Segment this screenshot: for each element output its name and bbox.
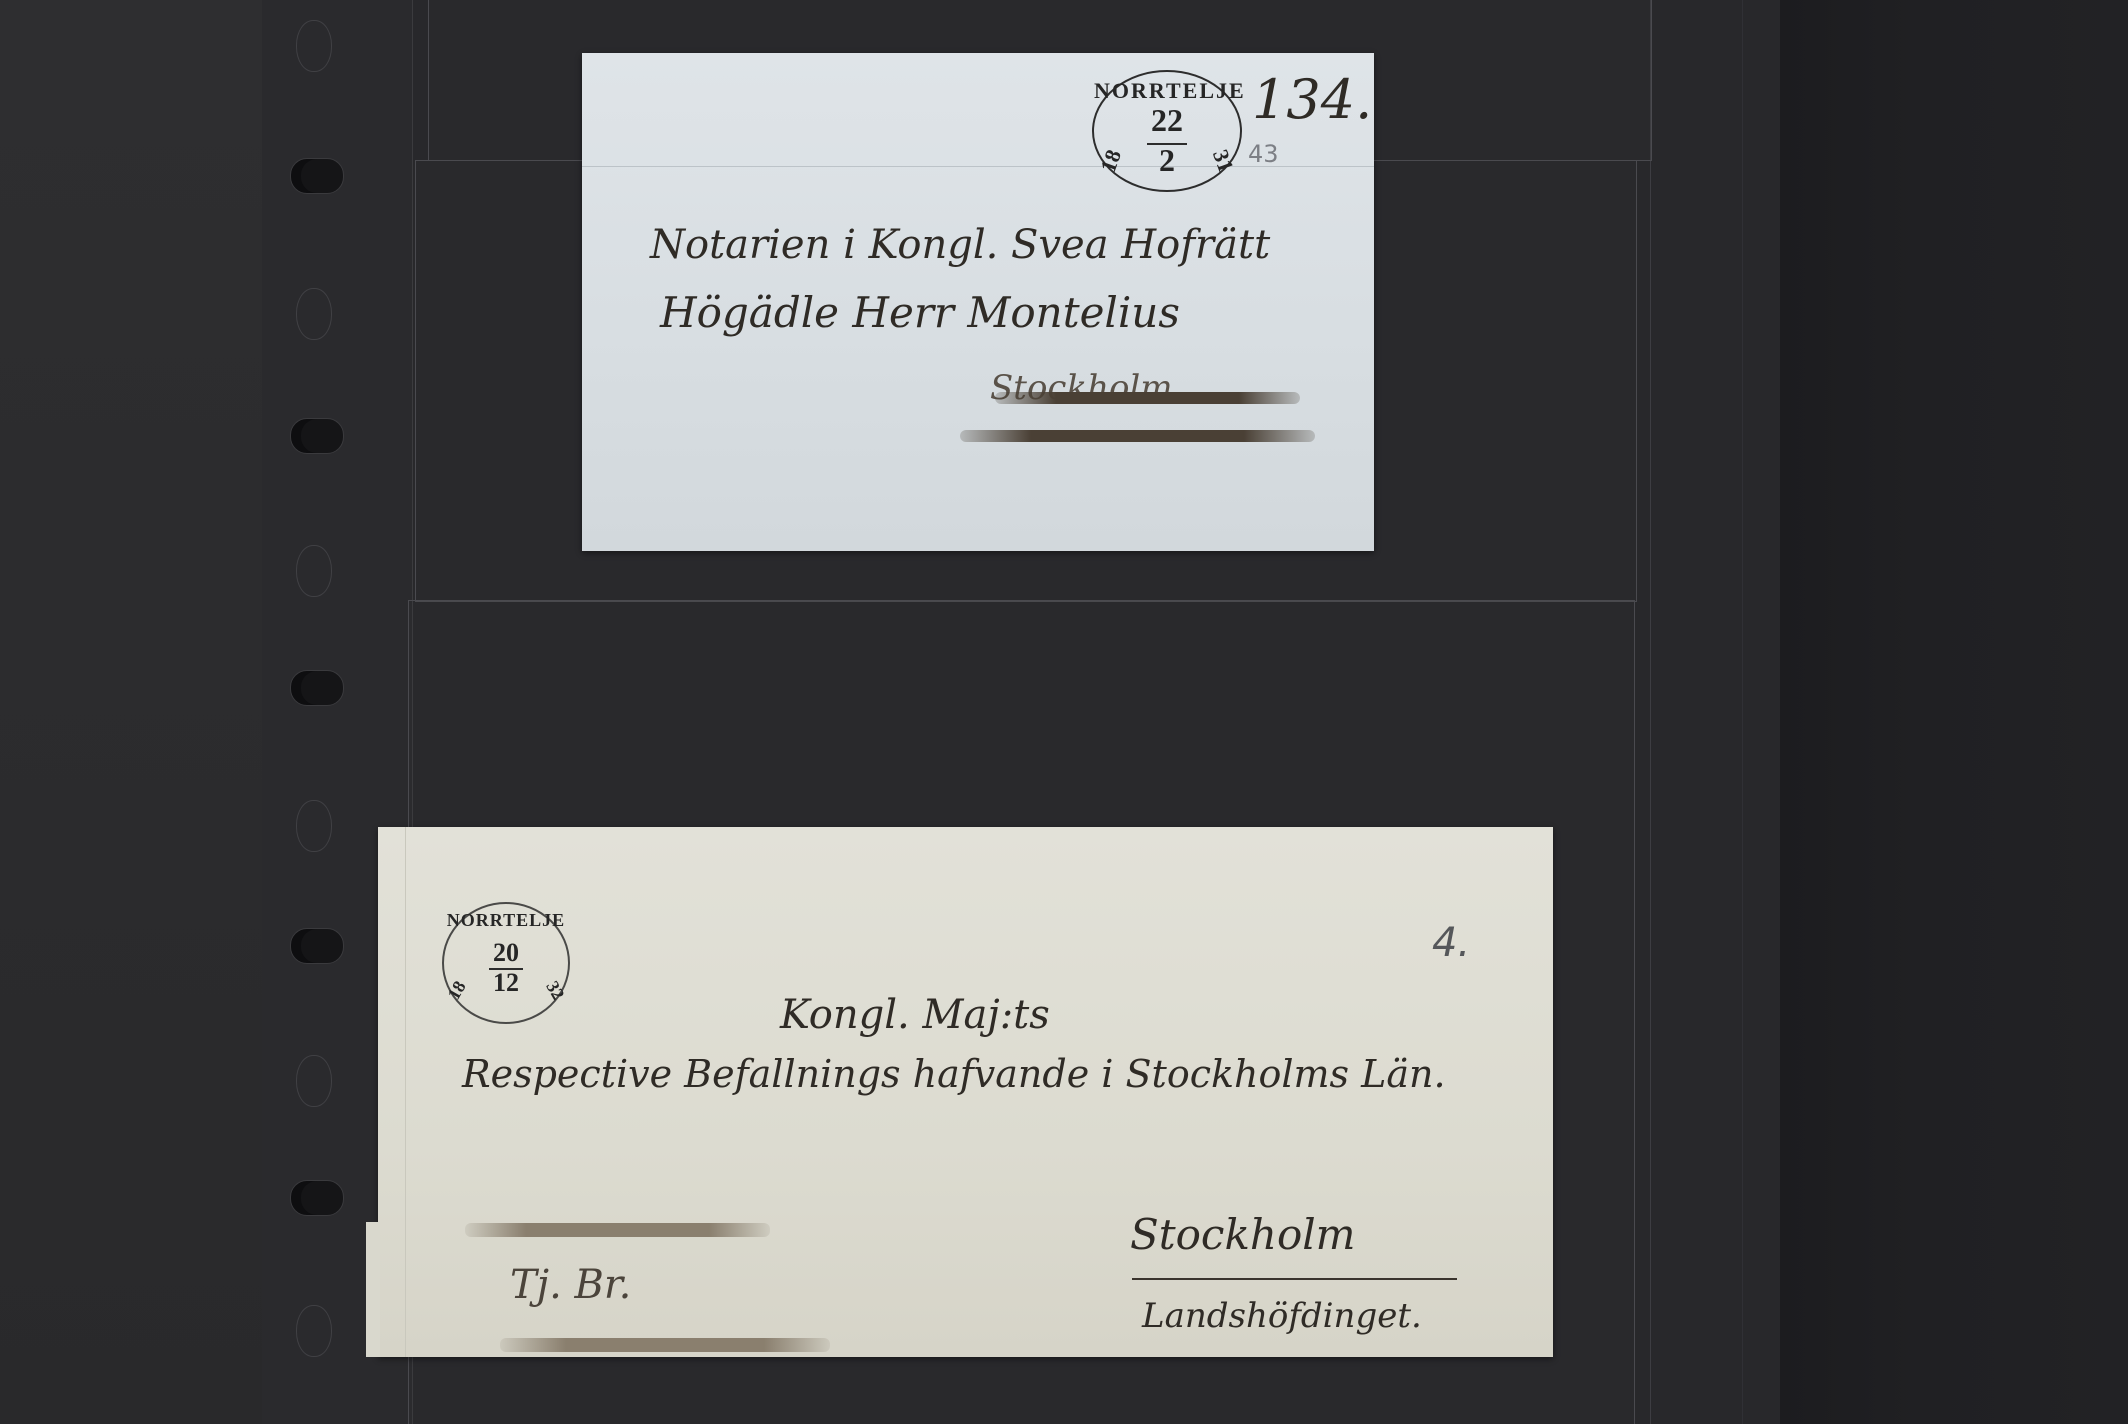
punch-hole [296,1055,332,1107]
sub-destination: Landshöfdinget. [1142,1296,1422,1336]
ink-strike-1 [995,392,1300,404]
pencil-note: 43 [1248,140,1279,168]
postmark-town: NORRTELJE [1094,78,1240,104]
ink-bar-lower [500,1338,830,1352]
ink-bar-upper [465,1223,770,1237]
punch-hole [290,928,344,964]
ink-strike-2 [960,430,1315,442]
punch-hole [290,158,344,194]
sleeve-edge [1742,0,1743,1424]
ink-number: 134. [1252,68,1372,131]
endorsement: Tj. Br. [510,1262,631,1308]
address-line-1: Kongl. Maj:ts [780,992,1050,1038]
punch-hole [290,670,344,706]
sleeve-edge [1650,0,1651,1424]
punch-hole [296,545,332,597]
address-line-1: Notarien i Kongl. Svea Hofrätt [650,222,1270,268]
table-surface-left [0,0,262,1424]
punch-hole [296,1305,332,1357]
punch-hole [296,20,332,72]
punch-hole [290,418,344,454]
postmark-town: NORRTELJE [444,910,568,931]
postmark-bottom: NORRTELJE 20 12 18 32 [442,902,570,1024]
address-line-2: Respective Befallnings hafvande i Stockh… [462,1052,1446,1096]
destination-underline [1132,1278,1457,1280]
address-line-2: Högädle Herr Montelius [660,288,1180,337]
postmark-day: 20 [444,938,568,968]
corner-note: 4. [1432,920,1470,966]
postmark-day: 22 [1094,102,1240,139]
inner-edge [405,827,406,1357]
punch-hole [296,800,332,852]
paper-flap [366,1222,380,1357]
destination: Stockholm [1130,1210,1356,1259]
punch-hole [296,288,332,340]
table-surface-right [1780,0,2128,1424]
punch-hole [290,1180,344,1216]
postmark-top: NORRTELJE 22 2 18 31 [1092,70,1242,192]
